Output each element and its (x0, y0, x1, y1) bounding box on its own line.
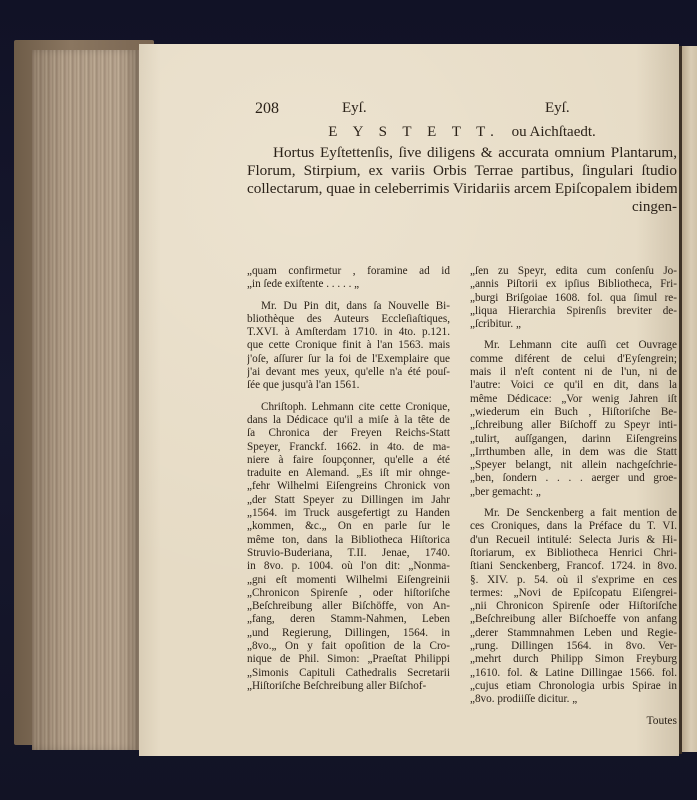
page-content: 208 Eyſ. Eyſ. E Y S T E T T. ou Aichſtae… (255, 100, 677, 216)
paragraph: Mr. Lehmann cite auſſi cet Ouvragecomme … (470, 339, 677, 499)
facing-page-edge (682, 46, 697, 752)
text-line: „und Regierung, Dillingen, 1564. in (247, 627, 450, 640)
running-head: 208 Eyſ. Eyſ. (255, 100, 677, 122)
text-line: traduite en Alemand. „Es iſt mir ohnge- (247, 467, 450, 480)
text-line: „Speyer belangt, nit allein nachgeſchrie… (470, 459, 677, 472)
text-line: Mr. De Senckenberg a fait mention de (470, 507, 677, 520)
text-line: „kommen, &c.„ On en parle ſur le (247, 520, 450, 533)
page-stack-shadow (32, 50, 140, 750)
text-line: „ſen zu Speyr, edita cum conſenſu Jo- (470, 265, 677, 278)
text-line: „ben, ſondern . . . . aerger und groe- (470, 472, 677, 485)
left-column: „quam confirmetur , foramine ad id„in ſe… (247, 265, 450, 728)
text-line: Mr. Du Pin dit, dans ſa Nouvelle Bi- (247, 300, 450, 313)
text-line: „8vo. prodiiſſe dicitur. „ (470, 693, 677, 706)
text-line: ſtoriarum, ex Bibliotheca Henrici Chri- (470, 547, 677, 560)
entry-description: Hortus Eyſtettenſis, ſive diligens & acc… (247, 144, 677, 198)
text-line: „ſcribitur. „ (470, 318, 677, 331)
text-line: j'ai devant mes yeux, qu'elle n'a été po… (247, 366, 450, 379)
text-line: §. XIV. p. 54. où il s'exprime en ces (470, 574, 677, 587)
text-line: ſa Chronica der Freyen Reichs-Statt (247, 427, 450, 440)
catchword-bottom: Toutes (470, 715, 677, 728)
entry-title-alt: ou Aichſtaedt. (512, 124, 596, 140)
text-line: „tulirt, auſſgangen, darinn Eiſengreins (470, 433, 677, 446)
text-line: même Dédicace: „Vor wenig Jahren iſt (470, 393, 677, 406)
text-line: bliothèque des Auteurs Eccleſiaſtiques, (247, 313, 450, 326)
description-line: collectarum, quae in celeberrimis Virida… (247, 180, 677, 198)
text-line: „ber gemacht: „ (470, 486, 677, 499)
text-line: „Beſchreibung aller Biſchoeffe von anfan… (470, 613, 677, 626)
text-line: „1564. im Truck ausgefertigt zu Handen (247, 507, 450, 520)
text-line: „wiederum ein Buch , Hiſtoriſche Be- (470, 406, 677, 419)
text-line: „in ſede exiſtente . . . . . „ (247, 278, 450, 291)
text-line: j'oſe, aſſurer ſur la foi de l'Exemplair… (247, 353, 450, 366)
text-line: „quam confirmetur , foramine ad id (247, 265, 450, 278)
two-column-body: „quam confirmetur , foramine ad id„in ſe… (255, 265, 677, 728)
text-line: „ſchreibung aller Biſchoff zu Speyr inti… (470, 419, 677, 432)
page-number: 208 (255, 100, 279, 118)
text-line: „rung. Dillingen 1564. in 8vo. Ver- (470, 640, 677, 653)
text-line: d'un Recueil intitulé: Selecta Juris & H… (470, 534, 677, 547)
text-line: „liqua Hierarchia Spirenſis breviter de- (470, 305, 677, 318)
entry-title: E Y S T E T T. ou Aichſtaedt. (247, 124, 677, 141)
running-head-left: Eyſ. (342, 100, 367, 117)
text-line: „der Statt Speyer zu Dillingen im Jahr (247, 494, 450, 507)
text-line: que cette Cronique finit à l'an 1563. ma… (247, 339, 450, 352)
text-line: „mehrt durch Philipp Simon Freyburg (470, 653, 677, 666)
text-line: „annis Piſtorii ex ipſius Bibliotheca, F… (470, 278, 677, 291)
paragraph: Chriſtoph. Lehmann cite cette Cronique,d… (247, 401, 450, 694)
text-line: „nii Chronicon Spirenſe oder Hiſtoriſche (470, 600, 677, 613)
description-line: Florum, Stirpium, ex variis Orbis Terrae… (247, 162, 677, 180)
text-line: Speyer, Franckf. 1662. in 4to. de ma- (247, 441, 450, 454)
running-head-right: Eyſ. (545, 100, 570, 117)
text-line: mais il n'eſt content ni de l'un, ni de (470, 366, 677, 379)
text-line: même ton, dans la Bibliotheca Hiſtorica (247, 534, 450, 547)
text-line: „Hiſtoriſche Beſchreibung aller Biſchof- (247, 680, 450, 693)
text-line: „Irrthumben alle, in dem was die Statt (470, 446, 677, 459)
description-line: Hortus Eyſtettenſis, ſive diligens & acc… (247, 144, 677, 162)
paragraph: Mr. De Senckenberg a fait mention deces … (470, 507, 677, 706)
text-line: termes: „Novi de Epiſcopatu Eiſengrei- (470, 587, 677, 600)
text-line: „burgi Briſgoiae 1608. fol. qua ſimul re… (470, 292, 677, 305)
text-line: „gni eſt momenti Wilhelmi Eiſengreinii (247, 574, 450, 587)
text-line: „fang, deren Stamm-Nahmen, Leben (247, 613, 450, 626)
text-line: „cujus etiam Chronologia urbis Spirae in (470, 680, 677, 693)
text-line: „Chronicon Spirenſe , oder hiſtoriſche (247, 587, 450, 600)
text-line: in 8vo. p. 1004. où l'on dit: „Nonma- (247, 560, 450, 573)
paragraph: „ſen zu Speyr, edita cum conſenſu Jo-„an… (470, 265, 677, 331)
text-line: comme diférent de celui d'Eyſengrein; (470, 353, 677, 366)
entry-title-main: E Y S T E T T. (328, 124, 500, 140)
text-line: „1610. fol. & Latine Dillingae 1566. fol… (470, 667, 677, 680)
text-line: niere à faire ſoupçonner, qu'elle a été (247, 454, 450, 467)
text-line: „derer Stammnahmen Leben und Regie- (470, 627, 677, 640)
text-line: dans la Dédicace qu'il a miſe à la tête … (247, 414, 450, 427)
right-column: „ſen zu Speyr, edita cum conſenſu Jo-„an… (470, 265, 677, 728)
text-line: „Beſchreibung aller Biſchöffe, von An- (247, 600, 450, 613)
text-line: ces Croniques, dans la Préface du T. VI. (470, 520, 677, 533)
catchword-top: cingen- (255, 198, 677, 216)
text-line: l'autre: Voici ce qu'il en dit, dans la (470, 379, 677, 392)
paragraph: „quam confirmetur , foramine ad id„in ſe… (247, 265, 450, 292)
text-line: Chriſtoph. Lehmann cite cette Cronique, (247, 401, 450, 414)
text-line: T.XVI. à Amſterdam 1710. in 4to. p.121. (247, 326, 450, 339)
text-line: Mr. Lehmann cite auſſi cet Ouvrage (470, 339, 677, 352)
text-line: nique de Phil. Simon: „Praeſtat Philippi (247, 653, 450, 666)
text-line: Struvio-Buderiana, T.II. Jenae, 1740. (247, 547, 450, 560)
text-line: „8vo.„ On y fait opoſition de la Cro- (247, 640, 450, 653)
text-line: „fehr Wilhelmi Eiſengreins Chronick von (247, 480, 450, 493)
text-line: „Simonis Capituli Cathedralis Secretarii (247, 667, 450, 680)
text-line: ſée que jusqu'à l'an 1561. (247, 379, 450, 392)
text-line: ſtiani Senckenberg, Francof. 1724. in 8v… (470, 560, 677, 573)
paragraph: Mr. Du Pin dit, dans ſa Nouvelle Bi-blio… (247, 300, 450, 393)
